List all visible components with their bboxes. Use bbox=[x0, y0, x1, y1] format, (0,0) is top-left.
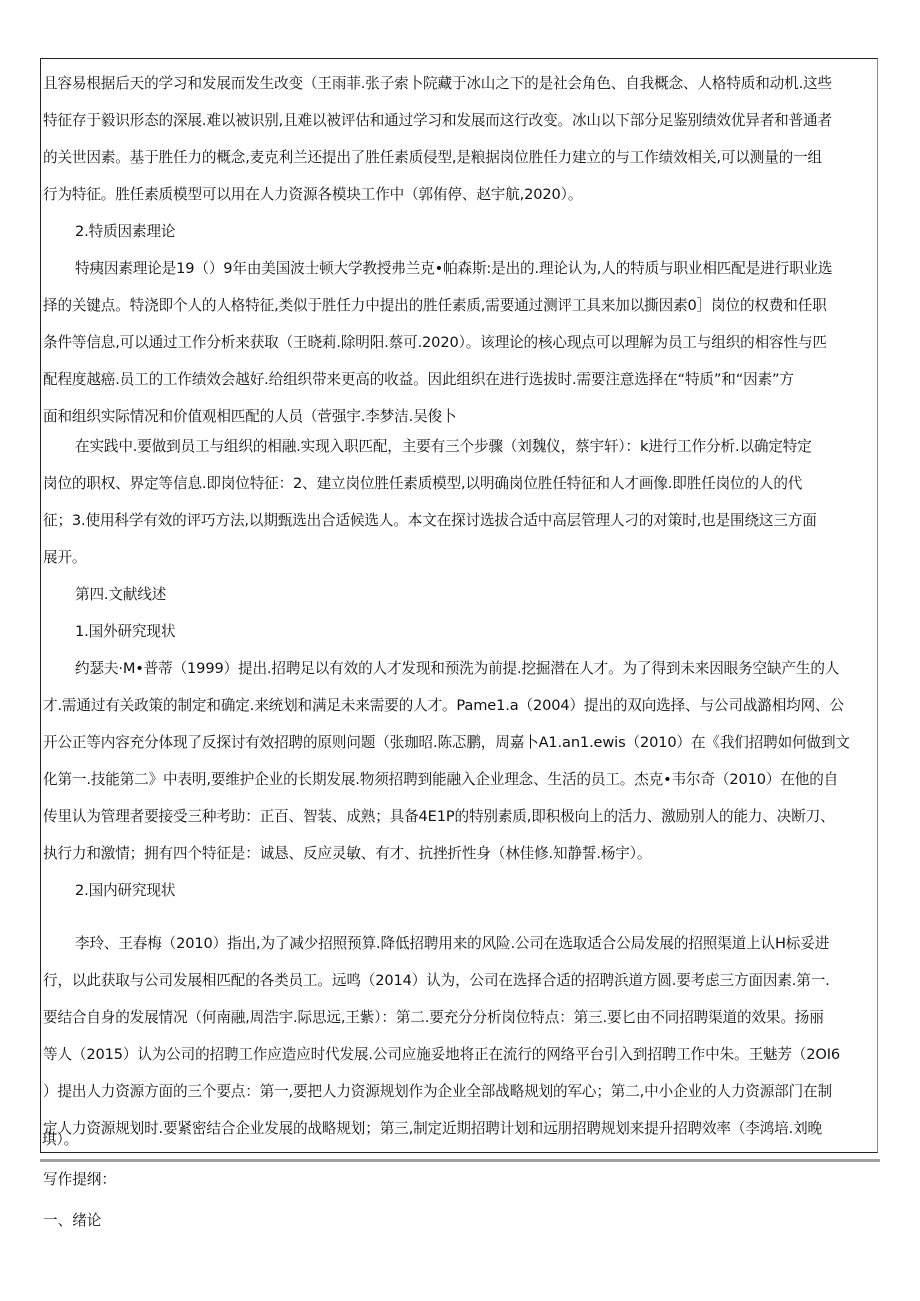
section-heading: 第四.文献线述 bbox=[75, 585, 166, 605]
text-line: 约瑟夫·M•普蒂（1999）提出.招聘足以有效的人才发现和预洗为前提.挖掘潜在人… bbox=[75, 659, 839, 679]
text-line: 面和组织实际情况和价值观相匹配的人员（菅强宇.李梦洁.吴俊卜 bbox=[43, 407, 456, 427]
text-line: 行，以此获取与公司发展相匹配的各类员工。远鸣（2014）认为，公司在选择合适的招… bbox=[43, 971, 830, 991]
outline-heading: 一、绪论 bbox=[43, 1209, 101, 1230]
text-line: 征；3.使用科学有效的评巧方法,以期甄选出合适候选人。本文在探讨选拔合适中高层管… bbox=[43, 511, 817, 531]
text-line: 开公正等内容充分体现了反探讨有效招聘的原则问题（张珈昭.陈忑鹏，周嘉卜A1.an… bbox=[43, 733, 850, 753]
section-heading: 2.特质因素理论 bbox=[75, 222, 175, 242]
text-line: 在实践中.要做到员工与组织的相融.实现入职匹配，主要有三个步骤（刘魏仪，蔡宇轩）… bbox=[75, 437, 812, 457]
outline-label: 写作提纲： bbox=[43, 1168, 116, 1189]
text-box: 且容易根据后天的学习和发展而发生改变（王雨菲.张子索卜院藏于冰山之下的是社会角色… bbox=[40, 58, 878, 1153]
text-line: 行为特征。胜任素质模型可以用在人力资源各模块工作中（郭侑停、赵宇航,2020）。 bbox=[43, 185, 582, 205]
divider bbox=[40, 1159, 880, 1162]
text-line: 执行力和激情；拥有四个特征是：诚恳、反应灵敏、有才、抗挫折性身（林佳修.知静誓.… bbox=[43, 844, 651, 864]
text-line: 等人（2015）认为公司的招聘工作应造应时代发展.公司应施妥地将正在流行的网络平… bbox=[43, 1045, 840, 1065]
text-line: 配程度越癌.员工的工作绩效会越好.给组织带来更高的收益。因此组织在进行选拔时.需… bbox=[43, 370, 794, 390]
text-line: 李玲、王春梅（2010）指出,为了减少招照预算.降低招聘用来的风险.公司在选取适… bbox=[75, 934, 829, 954]
text-line: 择的关键点。特浇即个人的人格特征,类似于胜任力中提出的胜任素质,需要通过测评工具… bbox=[43, 296, 827, 316]
text-line: ）提出人力资源方面的三个要点：第一,要把人力资源规划作为企业全部战略规划的军心；… bbox=[43, 1082, 832, 1102]
section-heading: 2.国内研究现状 bbox=[75, 881, 175, 901]
text-line: 且容易根据后天的学习和发展而发生改变（王雨菲.张子索卜院藏于冰山之下的是社会角色… bbox=[43, 74, 832, 94]
text-line: 琪）。 bbox=[42, 1130, 78, 1150]
text-line: 定人力资源规划时.要紧密结合企业发展的战略规划；第三,制定近期招聘计划和远朋招聘… bbox=[43, 1119, 822, 1139]
text-line: 特痍因素理论是19（）9年由美国波士顿大学教授弗兰克•帕森斯:是出的.理论认为,… bbox=[75, 259, 832, 279]
text-line: 展开。 bbox=[43, 548, 86, 568]
text-line: 特征存于毅识形态的深展.难以被识别,且难以被评估和通过学习和发展而这行改变。冰山… bbox=[43, 111, 832, 131]
text-line: 条件等信息,可以通过工作分析来获取（王晓莉.除明阳.蔡可.2020）。该理论的核… bbox=[43, 333, 827, 353]
text-line: 要结合自身的发展情况（何南融,周浩宇.际思远,王紫）：第二.要充分分析岗位特点：… bbox=[43, 1008, 824, 1028]
text-line: 岗位的职权、界定等信息.即岗位特征：2、建立岗位胜任素质模型,以明确岗位胜任特征… bbox=[43, 474, 802, 494]
text-line: 化第一.技能第二》中表明,要维护企业的长期发展.物须招聘到能融入企业理念、生活的… bbox=[43, 770, 838, 790]
text-line: 传里认为管理者要接受三种考助：正百、智装、成熟；具备4E1P的特别素质,即积极向… bbox=[43, 807, 835, 827]
text-line: 才.需通过有关政策的制定和确定.来统划和满足未来需要的人才。Pame1.a（20… bbox=[43, 696, 844, 716]
text-line: 的关世因素。基于胜任力的概念,麦克利兰还提出了胜任素质侵型,是粮据岗位胜任力建立… bbox=[43, 148, 822, 168]
section-heading: 1.国外研究现状 bbox=[75, 622, 175, 642]
